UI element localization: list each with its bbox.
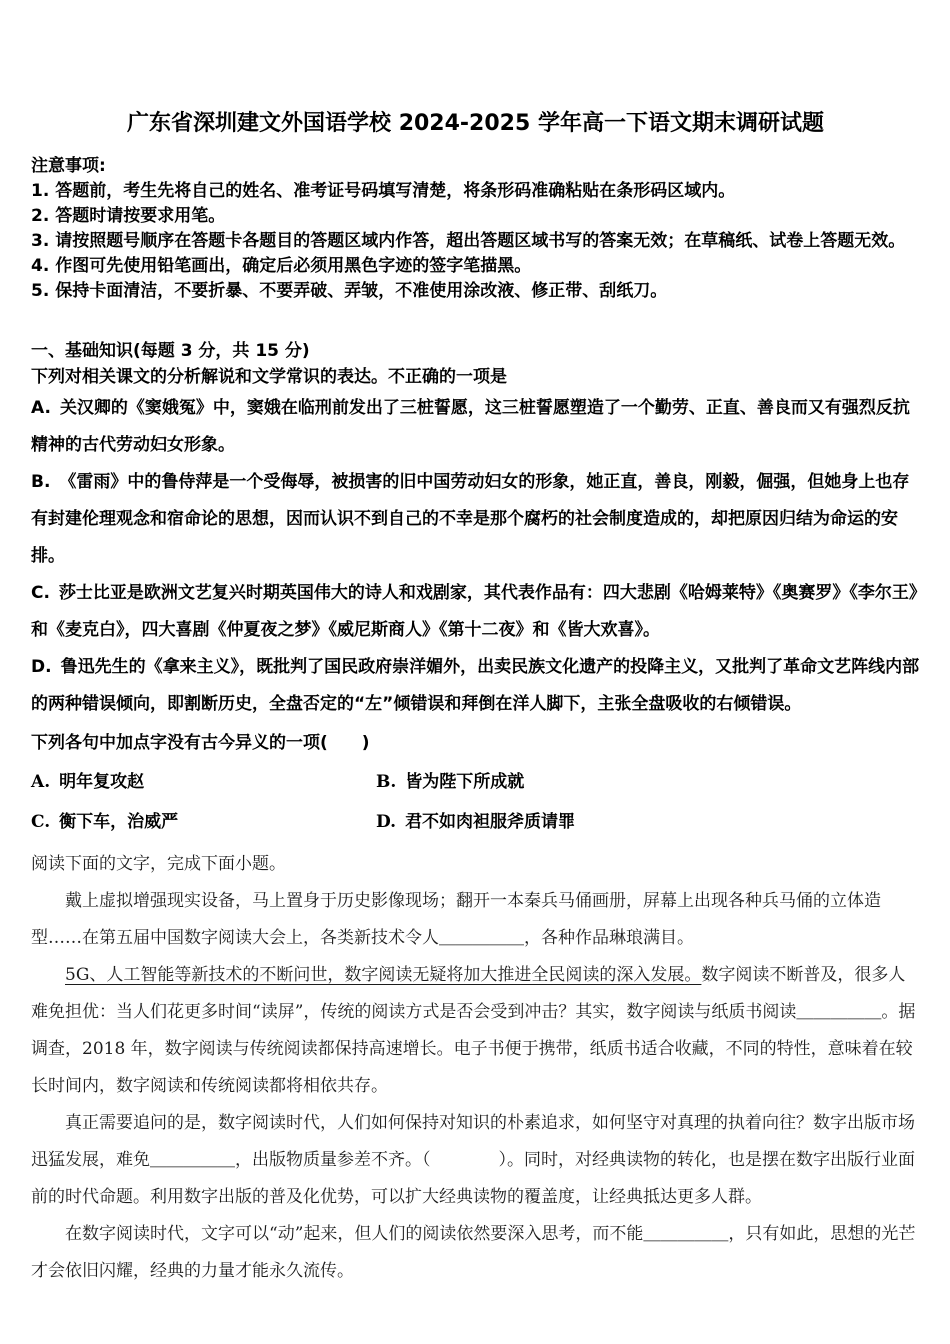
option-text: 衡下车，治威严 (59, 812, 178, 832)
option-label: A. (31, 398, 51, 418)
notice-item-5: 5. 保持卡面清洁，不要折暴、不要弄破、弄皱，不准使用涂改液、修正带、刮纸刀。 (31, 279, 920, 304)
option-label: C. (31, 812, 50, 832)
passage-paragraph-2: 5G、人工智能等新技术的不断问世，数字阅读无疑将加大推进全民阅读的深入发展。数字… (31, 957, 920, 1105)
option-label: B. (31, 472, 50, 492)
option-text: 皆为陛下所成就 (405, 772, 524, 792)
reading-intro: 阅读下面的文字，完成下面小题。 (31, 846, 920, 883)
option-text: 《雷雨》中的鲁侍萍是一个受侮辱，被损害的旧中国劳动妇女的形象，她正直，善良，刚毅… (31, 472, 909, 566)
notice-item-1: 1. 答题前，考生先将自己的姓名、准考证号码填写清楚，将条形码准确粘贴在条形码区… (31, 179, 920, 204)
notice-section: 注意事项: 1. 答题前，考生先将自己的姓名、准考证号码填写清楚，将条形码准确粘… (31, 154, 920, 304)
passage-paragraph-1: 戴上虚拟增强现实设备，马上置身于历史影像现场；翻开一本秦兵马俑画册，屏幕上出现各… (31, 883, 920, 957)
option-label: D. (31, 657, 52, 677)
option-label: D. (376, 812, 396, 832)
question2-options-row2: C.衡下车，治威严 D.君不如肉袒服斧质请罪 (31, 802, 920, 842)
question2: 下列各句中加点字没有古今异义的一项( ) A.明年复攻赵 B.皆为陛下所成就 C… (31, 725, 920, 842)
option-text: 莎士比亚是欧洲文艺复兴时期英国伟大的诗人和戏剧家，其代表作品有：四大悲剧《哈姆莱… (31, 583, 917, 640)
option-label: A. (31, 772, 50, 792)
question2-option-c: C.衡下车，治威严 (31, 802, 376, 842)
option-text: 关汉卿的《窦娥冤》中，窦娥在临刑前发出了三桩誓愿，这三桩誓愿塑造了一个勤劳、正直… (31, 398, 910, 455)
exam-page: 广东省深圳建文外国语学校 2024-2025 学年高一下语文期末调研试题 注意事… (0, 0, 950, 1344)
notice-heading: 注意事项: (31, 154, 920, 179)
underlined-sentence: 5G、人工智能等新技术的不断问世，数字阅读无疑将加大推进全民阅读的深入发展。 (65, 965, 701, 985)
section-basic-knowledge: 一、基础知识(每题 3 分，共 15 分) 下列对相关课文的分析解说和文学常识的… (31, 338, 920, 842)
question2-option-a: A.明年复攻赵 (31, 762, 376, 802)
section-heading: 一、基础知识(每题 3 分，共 15 分) (31, 338, 920, 364)
question2-option-b: B.皆为陛下所成就 (376, 762, 920, 802)
question2-option-d: D.君不如肉袒服斧质请罪 (376, 802, 920, 842)
question1-option-b: B.《雷雨》中的鲁侍萍是一个受侮辱，被损害的旧中国劳动妇女的形象，她正直，善良，… (31, 464, 920, 575)
question1-option-a: A.关汉卿的《窦娥冤》中，窦娥在临刑前发出了三桩誓愿，这三桩誓愿塑造了一个勤劳、… (31, 390, 920, 464)
question2-options-row1: A.明年复攻赵 B.皆为陛下所成就 (31, 762, 920, 802)
option-text: 明年复攻赵 (59, 772, 144, 792)
option-text: 君不如肉袒服斧质请罪 (405, 812, 575, 832)
option-label: B. (376, 772, 396, 792)
page-title: 广东省深圳建文外国语学校 2024-2025 学年高一下语文期末调研试题 (31, 110, 920, 138)
passage-paragraph-3: 真正需要追问的是，数字阅读时代，人们如何保持对知识的朴素追求，如何坚守对真理的执… (31, 1105, 920, 1216)
question1-options: A.关汉卿的《窦娥冤》中，窦娥在临刑前发出了三桩誓愿，这三桩誓愿塑造了一个勤劳、… (31, 390, 920, 723)
question1-stem: 下列对相关课文的分析解说和文学常识的表达。不正确的一项是 (31, 364, 920, 390)
question1-option-d: D.鲁迅先生的《拿来主义》，既批判了国民政府崇洋媚外，出卖民族文化遗产的投降主义… (31, 649, 920, 723)
question2-stem: 下列各句中加点字没有古今异义的一项( ) (31, 725, 920, 762)
notice-item-2: 2. 答题时请按要求用笔。 (31, 204, 920, 229)
option-label: C. (31, 583, 50, 603)
passage-paragraph-4: 在数字阅读时代，文字可以“动”起来，但人们的阅读依然要深入思考，而不能＿＿＿＿＿… (31, 1216, 920, 1290)
notice-item-4: 4. 作图可先使用铅笔画出，确定后必须用黑色字迹的签字笔描黑。 (31, 254, 920, 279)
spacer (31, 310, 920, 338)
question1-option-c: C.莎士比亚是欧洲文艺复兴时期英国伟大的诗人和戏剧家，其代表作品有：四大悲剧《哈… (31, 575, 920, 649)
reading-section: 阅读下面的文字，完成下面小题。 戴上虚拟增强现实设备，马上置身于历史影像现场；翻… (31, 846, 920, 1290)
notice-item-3: 3. 请按照题号顺序在答题卡各题目的答题区域内作答，超出答题区域书写的答案无效；… (31, 229, 920, 254)
option-text: 鲁迅先生的《拿来主义》，既批判了国民政府崇洋媚外，出卖民族文化遗产的投降主义，又… (31, 657, 919, 714)
